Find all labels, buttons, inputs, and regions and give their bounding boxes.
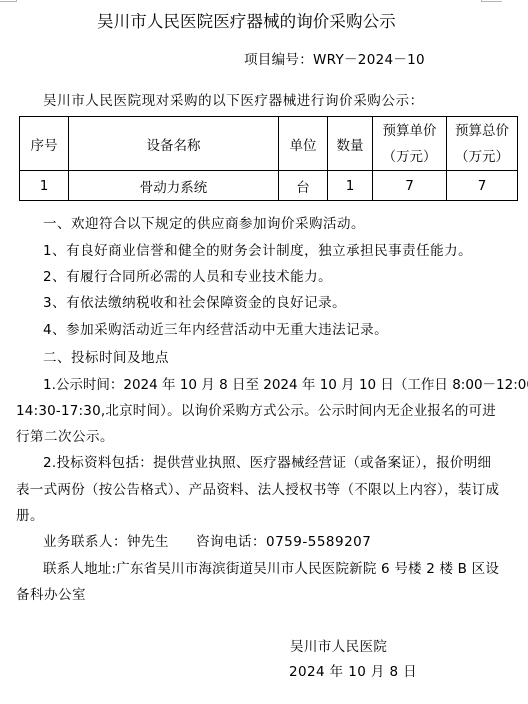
contact-phone: 咨询电话：0759-5589207 [196,530,371,550]
contact-address-line1: 联系人地址:广东省吴川市海滨街道吴川市人民医院新院 6 号楼 2 楼 B 区设 [43,557,499,577]
section2-item2-line2: 表一式两份（按公告格式）、产品资料、法人授权书等（不限以上内容），装订成 [16,478,499,498]
table-row: 1 骨动力系统 台 1 7 7 [20,171,518,201]
section1-item-3: 3、有依法缴纳税收和社会保障资金的良好记录。 [43,291,346,311]
section2-item1-line2: 14:30-17:30,北京时间）。以询价采购方式公示。公示时间内无企业报名的可… [16,399,496,419]
table-header-row: 序号 设备名称 单位 数量 预算单价 （万元） 预算总价 （万元） [20,117,518,171]
section1-item-1: 1、有良好商业信誉和健全的财务会计制度，独立承担民事责任能力。 [43,239,472,259]
cell-seq: 1 [20,171,69,201]
header-total-price-line2: （万元） [447,144,517,170]
header-unit: 单位 [279,117,328,171]
header-total-price: 预算总价 （万元） [447,117,518,171]
header-unit-price-line2: （万元） [373,144,446,170]
cell-total-price: 7 [447,171,518,201]
header-unit-price-line1: 预算单价 [373,118,446,144]
signature-organization: 吴川市人民医院 [290,635,387,655]
crop-mark-left [0,0,17,2]
project-number: 项目编号：WRY－2024－10 [244,48,425,68]
header-seq: 序号 [20,117,69,171]
section2-item1-line3: 行第二次公示。 [16,425,114,445]
header-name: 设备名称 [69,117,279,171]
intro-text: 吴川市人民医院现对采购的以下医疗器械进行询价采购公示： [43,89,424,109]
cell-name: 骨动力系统 [69,171,279,201]
contact-address-line2: 备科办公室 [16,583,86,603]
header-qty: 数量 [328,117,373,171]
cell-unit-price: 7 [373,171,447,201]
section2-item1-line1: 1.公示时间：2024 年 10 月 8 日至 2024 年 10 月 10 日… [43,373,528,393]
section1-item-4: 4、参加采购活动近三年内经营活动中无重大违法记录。 [43,318,388,338]
signature-date: 2024 年 10 月 8 日 [289,660,417,680]
section2-item2-line1: 2.投标资料包括：提供营业执照、医疗器械经营证（或备案证），报价明细 [43,451,491,471]
equipment-table: 序号 设备名称 单位 数量 预算单价 （万元） 预算总价 （万元） 1 骨动力系… [19,116,518,201]
document-title: 吴川市人民医院医疗器械的询价采购公示 [97,8,396,32]
cell-qty: 1 [328,171,373,201]
header-total-price-line1: 预算总价 [447,118,517,144]
section1-item-2: 2、有履行合同所必需的人员和专业技术能力。 [43,265,332,285]
crop-mark-right [481,0,502,2]
section2-item2-line3: 册。 [16,504,44,524]
section2-heading: 二、投标时间及地点 [43,346,169,366]
section1-heading: 一、欢迎符合以下规定的供应商参加询价采购活动。 [43,212,365,232]
cell-unit: 台 [279,171,328,201]
header-unit-price: 预算单价 （万元） [373,117,447,171]
contact-person: 业务联系人：钟先生 [43,530,169,550]
